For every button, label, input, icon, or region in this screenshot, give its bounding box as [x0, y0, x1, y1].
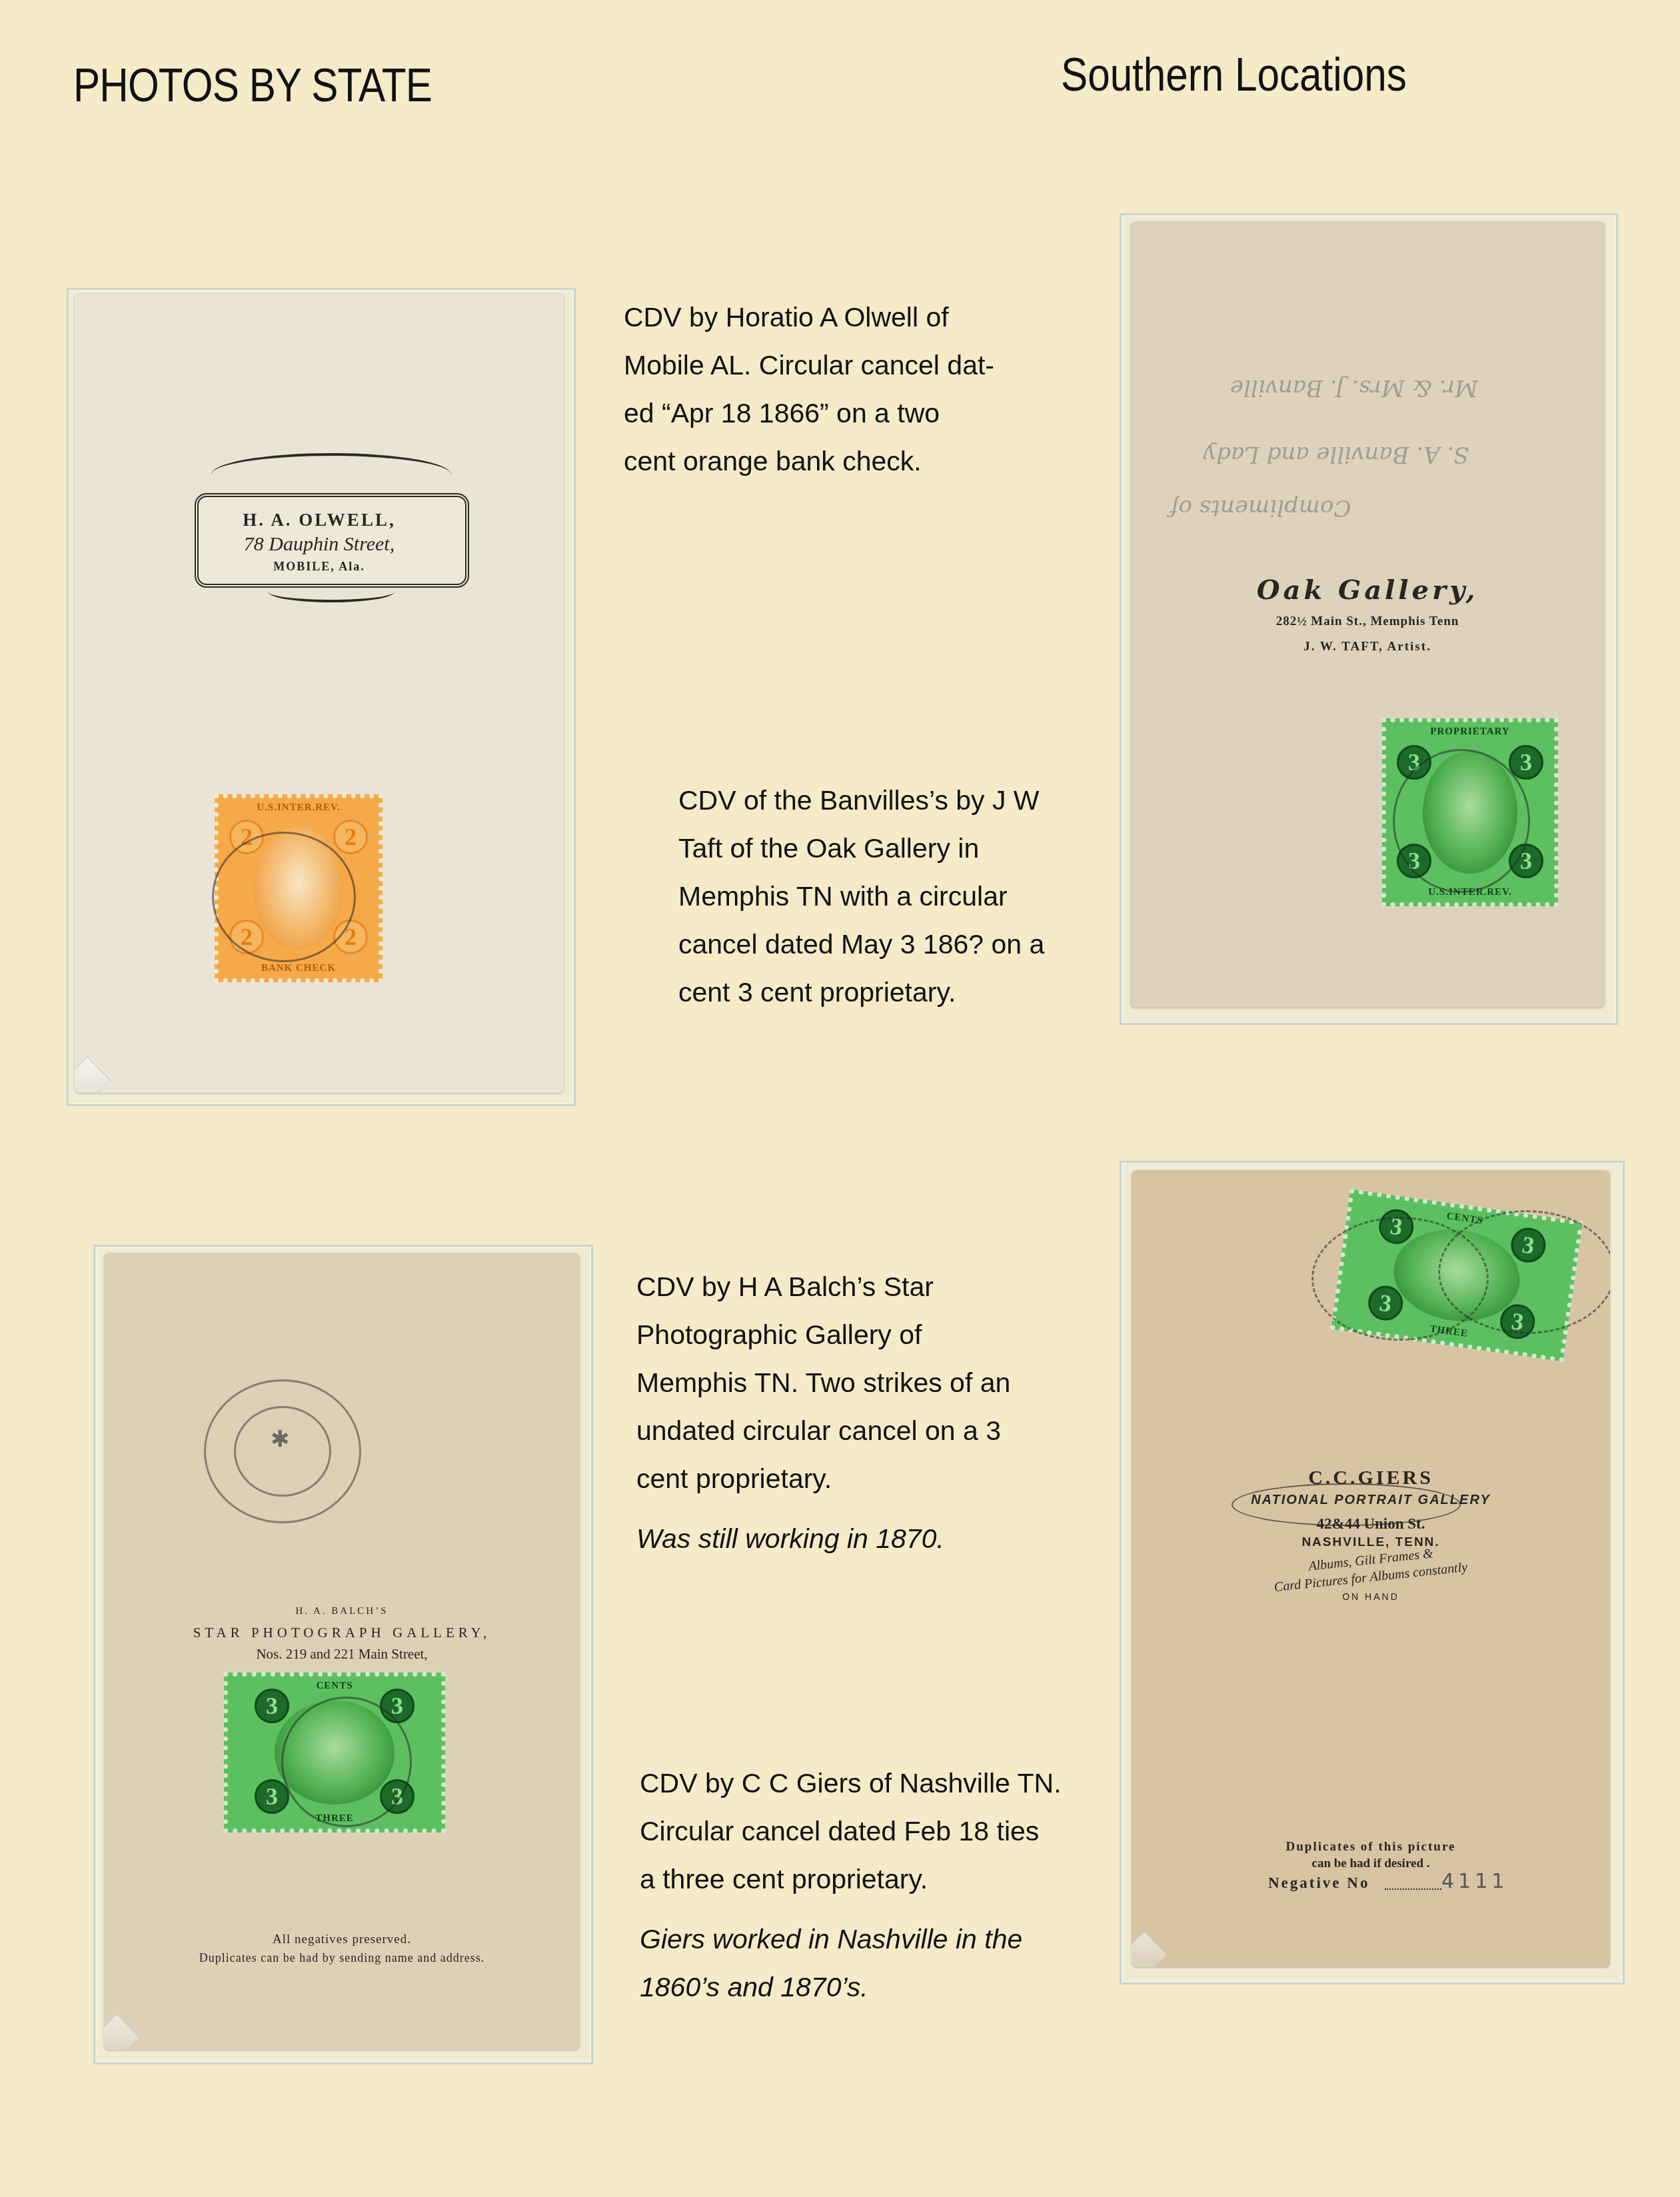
- negative-label: Negative No: [1268, 1874, 1369, 1892]
- negative-number-line: [1385, 1888, 1441, 1890]
- stamp-top-label: U.S.INTER.REV.: [219, 802, 379, 814]
- description-note: Giers worked in Nashville in the: [640, 1915, 1062, 1963]
- imprint-national-gallery: NATIONAL PORTRAIT GALLERY: [1132, 1493, 1610, 1508]
- circular-cancel: [1438, 1210, 1610, 1334]
- cdv-card-balch: ✱ H. A. BALCH’S STAR PHOTOGRAPH GALLERY,…: [104, 1253, 580, 2050]
- description-line: CDV by H A Balch’s Star: [636, 1263, 1010, 1311]
- description-line: a three cent proprietary.: [640, 1855, 1062, 1903]
- stamp-top-label: CENTS: [228, 1681, 441, 1692]
- imprint-street: 78 Dauphin Street,: [75, 533, 564, 556]
- stamp-denomination: 3: [255, 1779, 289, 1814]
- stamp-denomination: 2: [333, 820, 368, 854]
- revenue-stamp-3c-proprietary: CENTS 3 3 3 3 THREE: [224, 1673, 445, 1832]
- pencil-inscription: S. A. Banville and Lady: [1204, 441, 1469, 468]
- pencil-inscription: Compliments of: [1170, 494, 1351, 521]
- imprint-name: Oak Gallery,: [1130, 574, 1605, 606]
- description-line: cent 3 cent proprietary.: [678, 968, 1044, 1016]
- description-line: Memphis TN with a circular: [678, 872, 1044, 920]
- description-giers: CDV by C C Giers of Nashville TN. Circul…: [640, 1759, 1062, 2011]
- description-line: Photographic Gallery of: [636, 1311, 1010, 1359]
- description-balch: CDV by H A Balch’s Star Photographic Gal…: [636, 1263, 1010, 1563]
- corner-mount: [1132, 1931, 1168, 1967]
- ornament-top: [211, 453, 451, 496]
- footer-line: All negatives preserved.: [104, 1932, 580, 1947]
- description-line: Memphis TN. Two strikes of an: [636, 1359, 1010, 1407]
- imprint-city: MOBILE, Ala.: [75, 560, 564, 574]
- stamp-top-label: PROPRIETARY: [1386, 726, 1554, 738]
- imprint-address: 42&44 Union St.: [1132, 1515, 1610, 1533]
- description-line: Taft of the Oak Gallery in: [678, 824, 1044, 872]
- star-icon: ✱: [271, 1426, 290, 1453]
- negative-number: 4111: [1441, 1870, 1508, 1893]
- section-title: Southern Locations: [1061, 48, 1407, 101]
- corner-mount: [75, 1057, 111, 1093]
- imprint-on-hand: ON HAND: [1132, 1591, 1610, 1602]
- description-line: Mobile AL. Circular cancel dat-: [624, 341, 994, 389]
- description-line: undated circular cancel on a 3: [636, 1407, 1010, 1455]
- imprint-address: Nos. 219 and 221 Main Street,: [104, 1646, 580, 1663]
- description-note: 1860’s and 1870’s.: [640, 1963, 1062, 2011]
- description-line: cent proprietary.: [636, 1455, 1010, 1503]
- circular-cancel: [281, 1697, 412, 1827]
- revenue-stamp-2c-bank-check: U.S.INTER.REV. 2 2 2 2 BANK CHECK: [215, 794, 383, 982]
- imprint-gallery: STAR PHOTOGRAPH GALLERY,: [104, 1625, 580, 1641]
- imprint-name: H. A. OLWELL,: [75, 510, 564, 530]
- pencil-inscription: Mr. & Mrs. J. Banville: [1230, 374, 1478, 401]
- corner-mount: [104, 2014, 140, 2050]
- stamp-bottom-label: BANK CHECK: [219, 963, 379, 974]
- footer-line: can be had if desired .: [1132, 1856, 1610, 1871]
- cdv-card-olwell: H. A. OLWELL, 78 Dauphin Street, MOBILE,…: [75, 293, 564, 1093]
- description-line: CDV by Horatio A Olwell of: [624, 293, 994, 341]
- cdv-card-taft: Mr. & Mrs. J. Banville S. A. Banville an…: [1130, 221, 1605, 1008]
- description-line: CDV by C C Giers of Nashville TN.: [640, 1759, 1062, 1807]
- description-taft: CDV of the Banvilles’s by J W Taft of th…: [678, 776, 1044, 1016]
- stamp-denomination: 3: [255, 1689, 289, 1723]
- cdv-card-giers: CENTS 3 3 3 3 THREE C.C.GIERS NATIONAL P…: [1132, 1170, 1610, 1967]
- description-line: cent orange bank check.: [624, 437, 994, 485]
- description-line: CDV of the Banvilles’s by J W: [678, 776, 1044, 824]
- description-note: Was still working in 1870.: [636, 1515, 1010, 1563]
- revenue-stamp-3c-proprietary: PROPRIETARY 3 3 3 3 U.S.INTER.REV.: [1382, 718, 1558, 906]
- footer-line: Duplicates of this picture: [1132, 1840, 1610, 1854]
- imprint-artist: J. W. TAFT, Artist.: [1130, 640, 1605, 654]
- description-line: cancel dated May 3 186? on a: [678, 920, 1044, 968]
- description-line: Circular cancel dated Feb 18 ties: [640, 1807, 1062, 1855]
- circular-cancel: [1393, 749, 1530, 893]
- ornament-bottom: [268, 581, 395, 602]
- imprint-address: 282½ Main St., Memphis Tenn: [1130, 614, 1605, 629]
- circular-cancel: [212, 832, 356, 962]
- description-olwell: CDV by Horatio A Olwell of Mobile AL. Ci…: [624, 293, 994, 485]
- imprint-name: H. A. BALCH’S: [104, 1606, 580, 1617]
- description-line: ed “Apr 18 1866” on a two: [624, 389, 994, 437]
- page-title: PHOTOS BY STATE: [73, 59, 432, 112]
- footer-line: Duplicates can be had by sending name an…: [104, 1951, 580, 1965]
